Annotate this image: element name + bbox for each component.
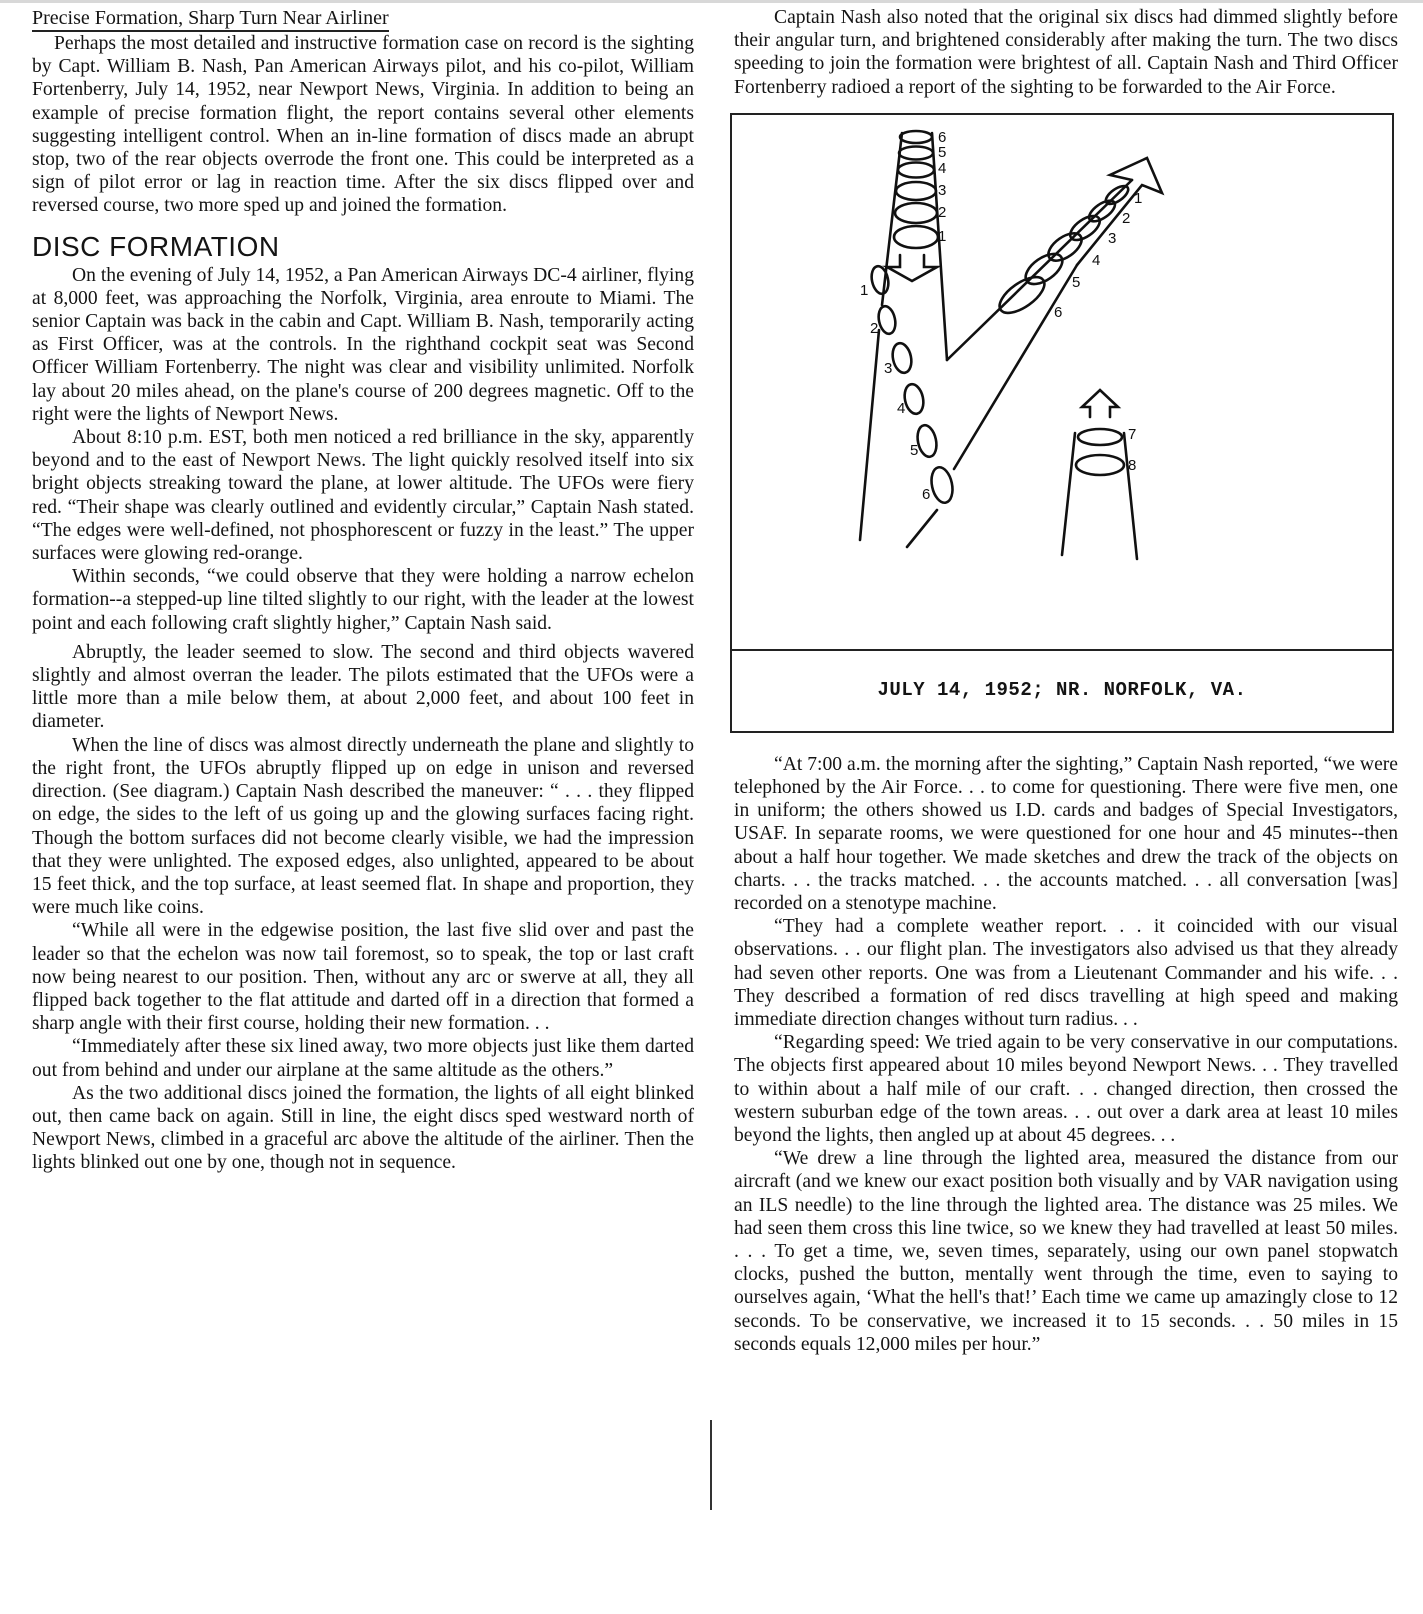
body-paragraph: Captain Nash also noted that the origina… <box>734 6 1398 99</box>
body-paragraph: When the line of discs was almost direct… <box>32 734 694 920</box>
label-edge-6: 6 <box>922 486 930 503</box>
body-paragraph: As the two additional discs joined the f… <box>32 1082 694 1175</box>
label-dep-1: 1 <box>1134 190 1142 207</box>
body-paragraph: “At 7:00 a.m. the morning after the sigh… <box>734 753 1398 915</box>
body-paragraph: “Immediately after these six lined away,… <box>32 1035 694 1081</box>
section-heading: DISC FORMATION <box>32 232 694 262</box>
label-dep-5: 5 <box>1072 274 1080 291</box>
label-dep-6: 6 <box>1054 304 1062 321</box>
body-paragraph: “We drew a line through the lighted area… <box>734 1147 1398 1356</box>
label-edge-1: 1 <box>860 282 868 299</box>
label-late-8: 8 <box>1128 457 1136 474</box>
body-paragraph: Abruptly, the leader seemed to slow. The… <box>32 641 694 734</box>
label-top-5: 5 <box>938 144 946 161</box>
diagram-labels: 6 5 4 3 2 1 1 2 3 4 5 6 1 2 3 4 5 6 7 8 <box>732 115 1392 655</box>
margin-bar <box>710 1420 712 1510</box>
label-edge-5: 5 <box>910 442 918 459</box>
body-paragraph: On the evening of July 14, 1952, a Pan A… <box>32 264 694 426</box>
label-edge-3: 3 <box>884 360 892 377</box>
caption-box: JULY 14, 1952; NR. NORFOLK, VA. <box>732 649 1392 731</box>
label-top-3: 3 <box>938 182 946 199</box>
page-top-rule <box>0 0 1423 3</box>
body-paragraph: “While all were in the edgewise position… <box>32 919 694 1035</box>
figure-caption: JULY 14, 1952; NR. NORFOLK, VA. <box>878 679 1247 702</box>
body-paragraph: Within seconds, “we could observe that t… <box>32 565 694 635</box>
left-column: Precise Formation, Sharp Turn Near Airli… <box>32 6 694 1175</box>
formation-diagram: 6 5 4 3 2 1 1 2 3 4 5 6 1 2 3 4 5 6 7 8 … <box>730 113 1394 733</box>
label-top-2: 2 <box>938 204 946 221</box>
label-late-7: 7 <box>1128 426 1136 443</box>
label-top-4: 4 <box>938 160 946 177</box>
label-edge-2: 2 <box>870 320 878 337</box>
label-dep-3: 3 <box>1108 230 1116 247</box>
label-dep-2: 2 <box>1122 210 1130 227</box>
label-top-1: 1 <box>938 228 946 245</box>
intro-paragraph: Perhaps the most detailed and instructiv… <box>32 32 694 218</box>
label-edge-4: 4 <box>897 400 905 417</box>
right-column: Captain Nash also noted that the origina… <box>734 6 1398 1356</box>
section-subtitle: Precise Formation, Sharp Turn Near Airli… <box>32 6 389 32</box>
body-paragraph: “They had a complete weather report. . .… <box>734 915 1398 1031</box>
body-paragraph: “Regarding speed: We tried again to be v… <box>734 1031 1398 1147</box>
body-paragraph: About 8:10 p.m. EST, both men noticed a … <box>32 426 694 565</box>
label-dep-4: 4 <box>1092 252 1100 269</box>
